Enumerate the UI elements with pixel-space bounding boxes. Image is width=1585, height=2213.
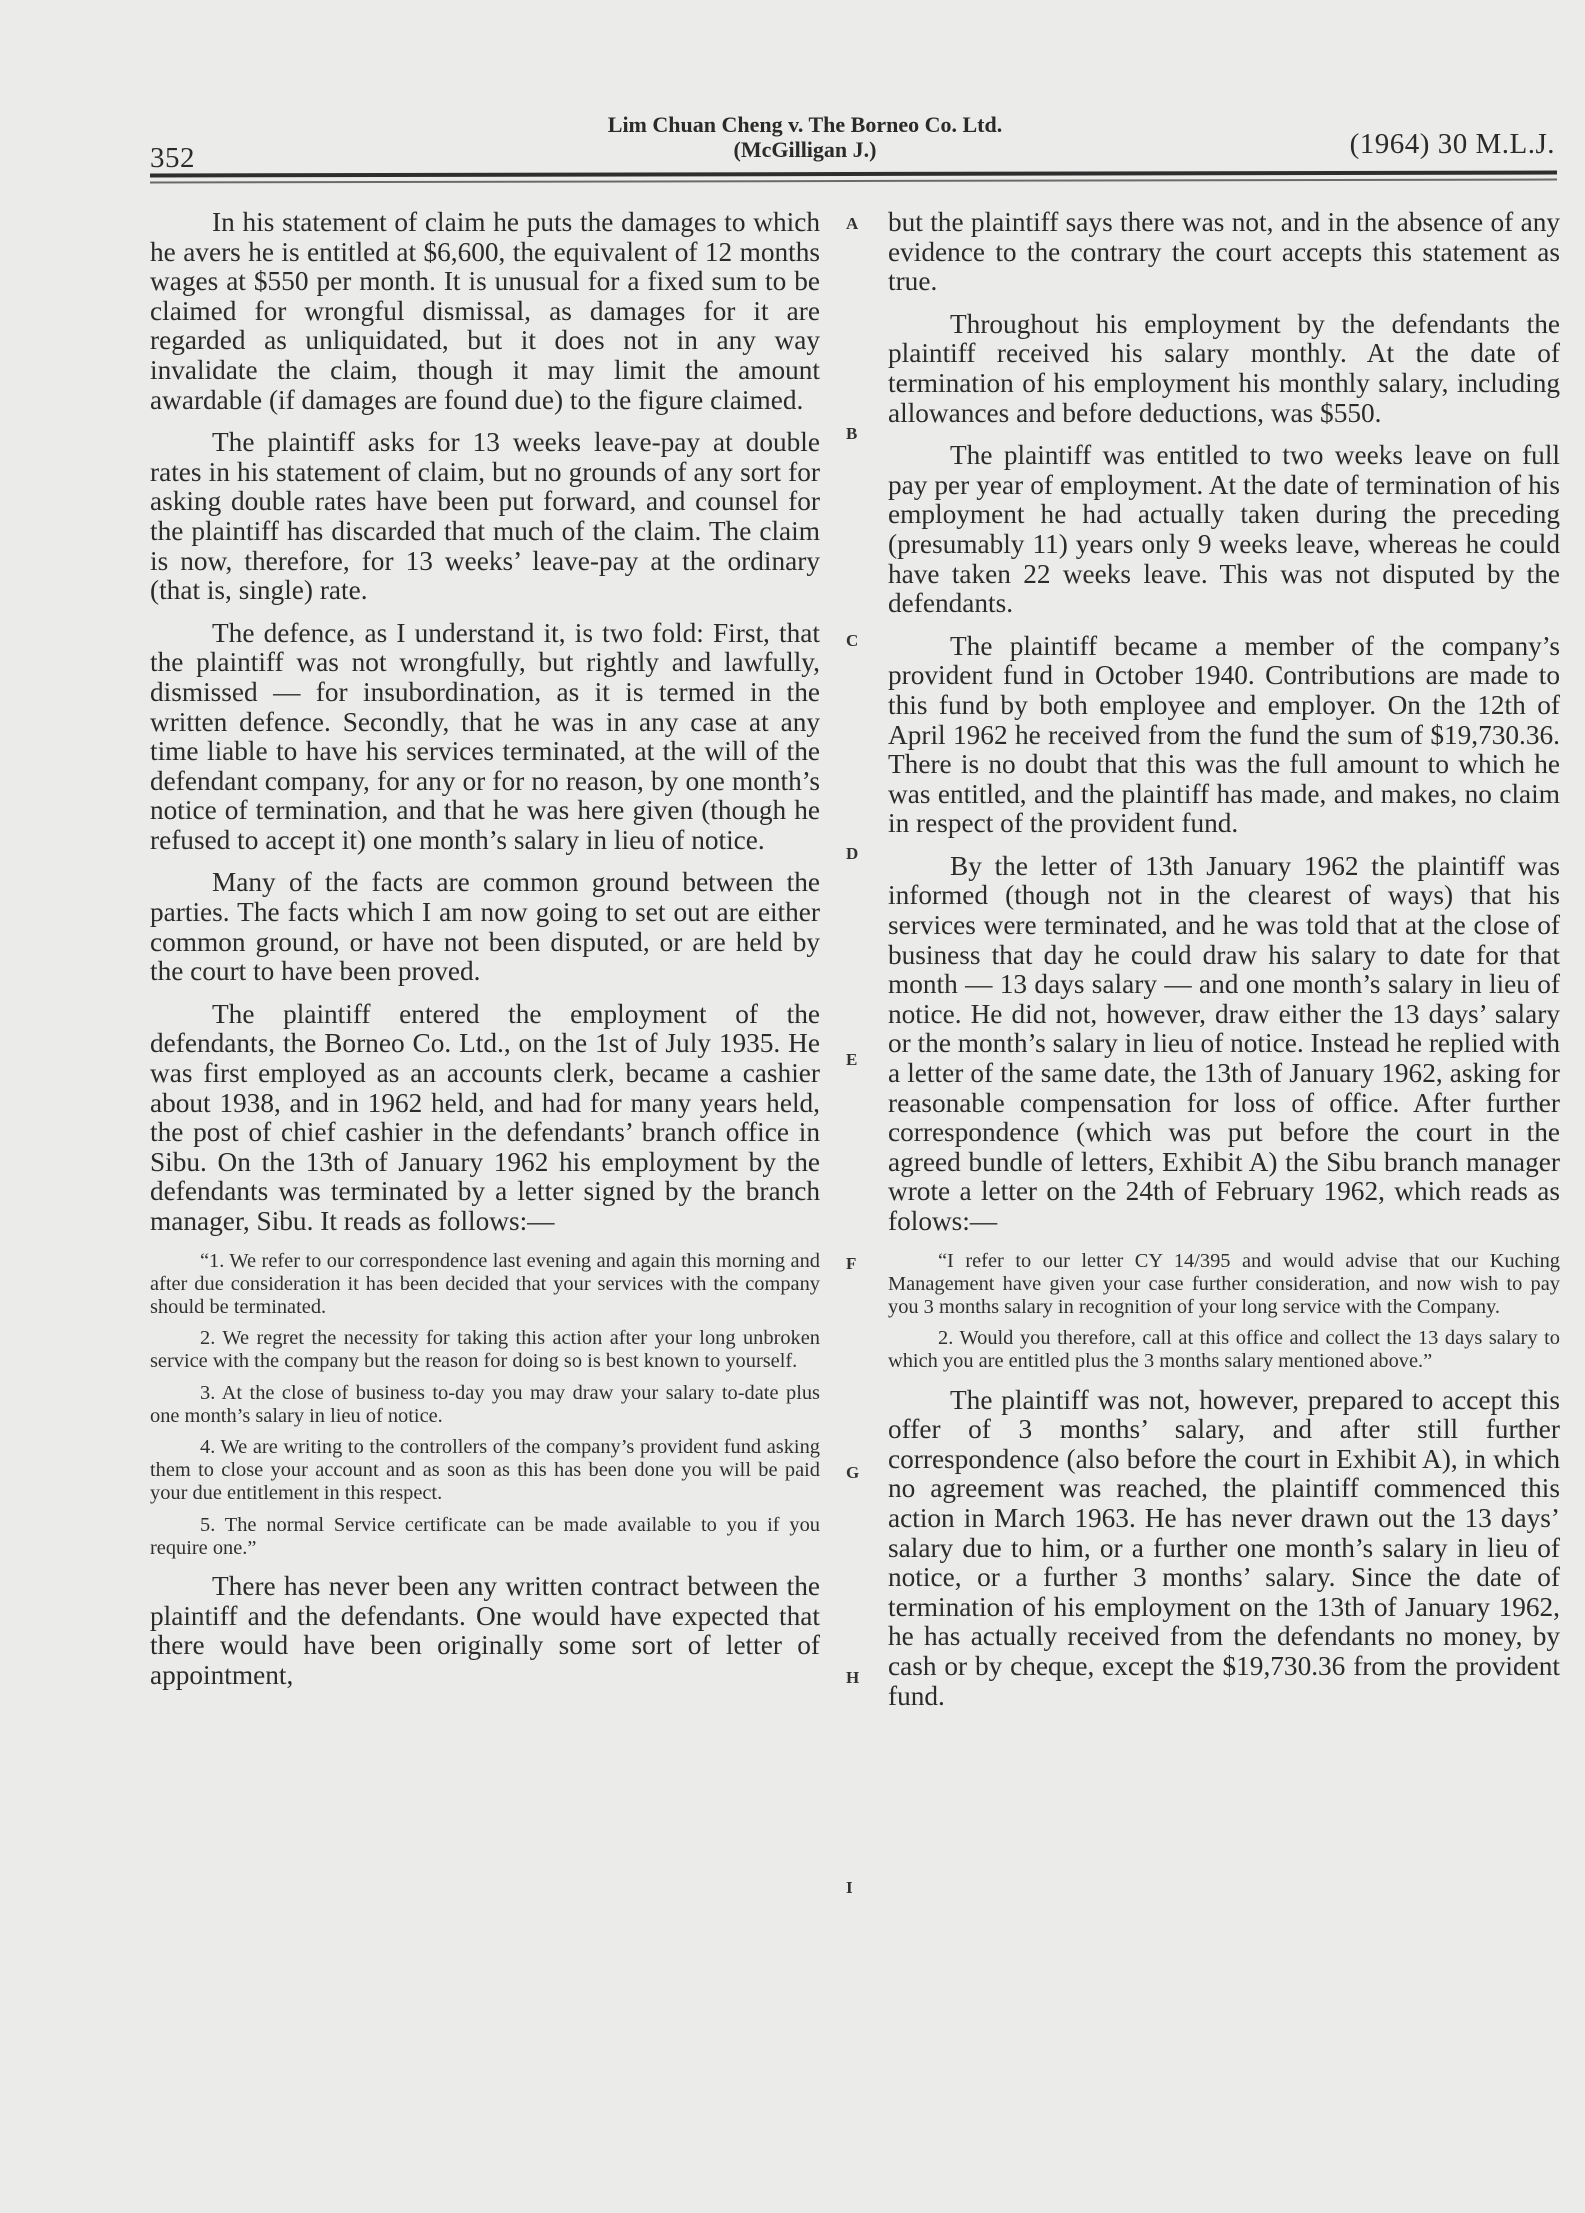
quote-paragraph: 2. We regret the necessity for taking th… [150,1327,820,1373]
header-rule-thick [150,171,1557,178]
report-citation: (1964) 30 M.L.J. [1350,128,1555,161]
paragraph: Throughout his employment by the defen­d… [888,310,1560,428]
quote-paragraph: 5. The normal Service certificate can be… [150,1514,820,1560]
paragraph: The plaintiff asks for 13 weeks leave-pa… [150,428,820,606]
margin-letter: H [846,1668,859,1688]
judge-name: (McGilligan J.) [560,137,1050,162]
paragraph: There has never been any written contrac… [150,1572,820,1690]
quote-paragraph: “1. We refer to our correspondence last … [150,1250,820,1320]
quote-paragraph: 2. Would you therefore, call at this off… [888,1327,1560,1373]
quote-paragraph: “I refer to our letter CY 14/395 and wou… [888,1250,1560,1320]
left-column: In his statement of claim he puts the da… [150,208,820,1703]
running-header: 352 Lim Chuan Cheng v. The Borneo Co. Lt… [0,0,1585,190]
right-column: but the plaintiff says there was not, an… [888,208,1560,1724]
paragraph: The plaintiff became a member of the com… [888,632,1560,839]
margin-letter: G [846,1463,859,1483]
paragraph: The defence, as I understand it, is two … [150,619,820,856]
page-number: 352 [150,142,195,175]
case-title: Lim Chuan Cheng v. The Borneo Co. Ltd. (… [560,112,1050,162]
paragraph: By the letter of 13th January 1962 the p… [888,852,1560,1237]
quote-paragraph: 3. At the close of business to-day you m… [150,1382,820,1428]
paragraph: The plaintiff entered the employment of … [150,1000,820,1237]
margin-letter: I [846,1878,853,1898]
margin-letter: A [846,214,858,234]
paragraph: The plaintiff was entitled to two weeks … [888,441,1560,619]
margin-letter: C [846,631,858,651]
margin-letter: E [846,1050,857,1070]
offer-letter-quote: “I refer to our letter CY 14/395 and wou… [888,1250,1560,1374]
margin-letter: B [846,424,857,444]
paragraph-continued: but the plaintiff says there was not, an… [888,208,1560,297]
quote-paragraph: 4. We are writing to the controllers of … [150,1436,820,1506]
margin-letter: F [846,1254,856,1274]
paragraph: In his statement of claim he puts the da… [150,208,820,415]
document-page: 352 Lim Chuan Cheng v. The Borneo Co. Lt… [0,0,1585,2213]
paragraph: The plaintiff was not, however, prepared… [888,1386,1560,1712]
case-name: Lim Chuan Cheng v. The Borneo Co. Ltd. [560,112,1050,137]
header-rule-thin [150,179,1557,184]
paragraph: Many of the facts are common ground bet­… [150,868,820,986]
margin-letter: D [846,844,858,864]
termination-letter-quote: “1. We refer to our correspondence last … [150,1250,820,1560]
